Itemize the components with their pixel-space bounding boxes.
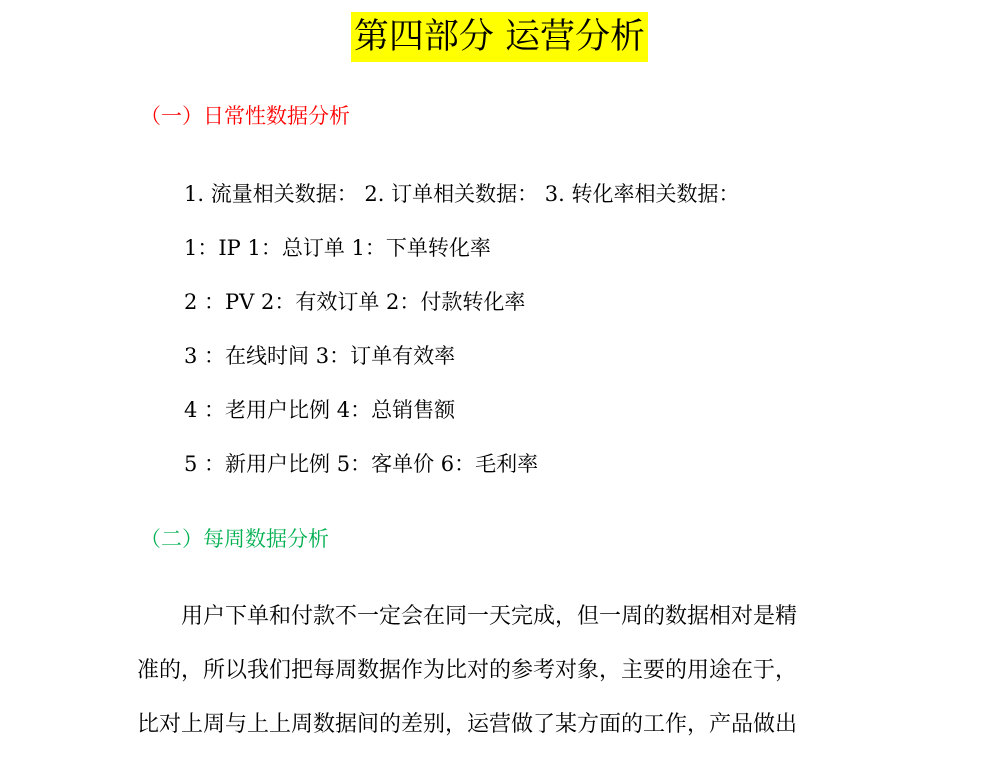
list-line: 5 ：新用户比例 5：客单价 6：毛利率: [184, 449, 538, 479]
list-line: 3 ：在线时间 3：订单有效率: [184, 341, 455, 371]
list-line: 1：IP 1：总订单 1：下单转化率: [184, 233, 491, 263]
paragraph-line: 用户下单和付款不一定会在同一天完成，但一周的数据相对是精: [137, 602, 867, 632]
title-container: 第四部分 运营分析: [0, 12, 999, 62]
section-heading-daily-analysis: （一）日常性数据分析: [140, 101, 350, 131]
document-title: 第四部分 运营分析: [351, 12, 648, 62]
paragraph-line: 准的，所以我们把每周数据作为比对的参考对象，主要的用途在于，: [137, 656, 867, 686]
section-heading-weekly-analysis: （二）每周数据分析: [140, 524, 329, 554]
list-line: 1. 流量相关数据： 2. 订单相关数据： 3. 转化率相关数据：: [184, 179, 739, 209]
list-line: 4 ：老用户比例 4：总销售额: [184, 395, 455, 425]
paragraph-line: 比对上周与上上周数据间的差别，运营做了某方面的工作，产品做出: [137, 710, 867, 740]
list-line: 2 ：PV 2：有效订单 2：付款转化率: [184, 287, 525, 317]
